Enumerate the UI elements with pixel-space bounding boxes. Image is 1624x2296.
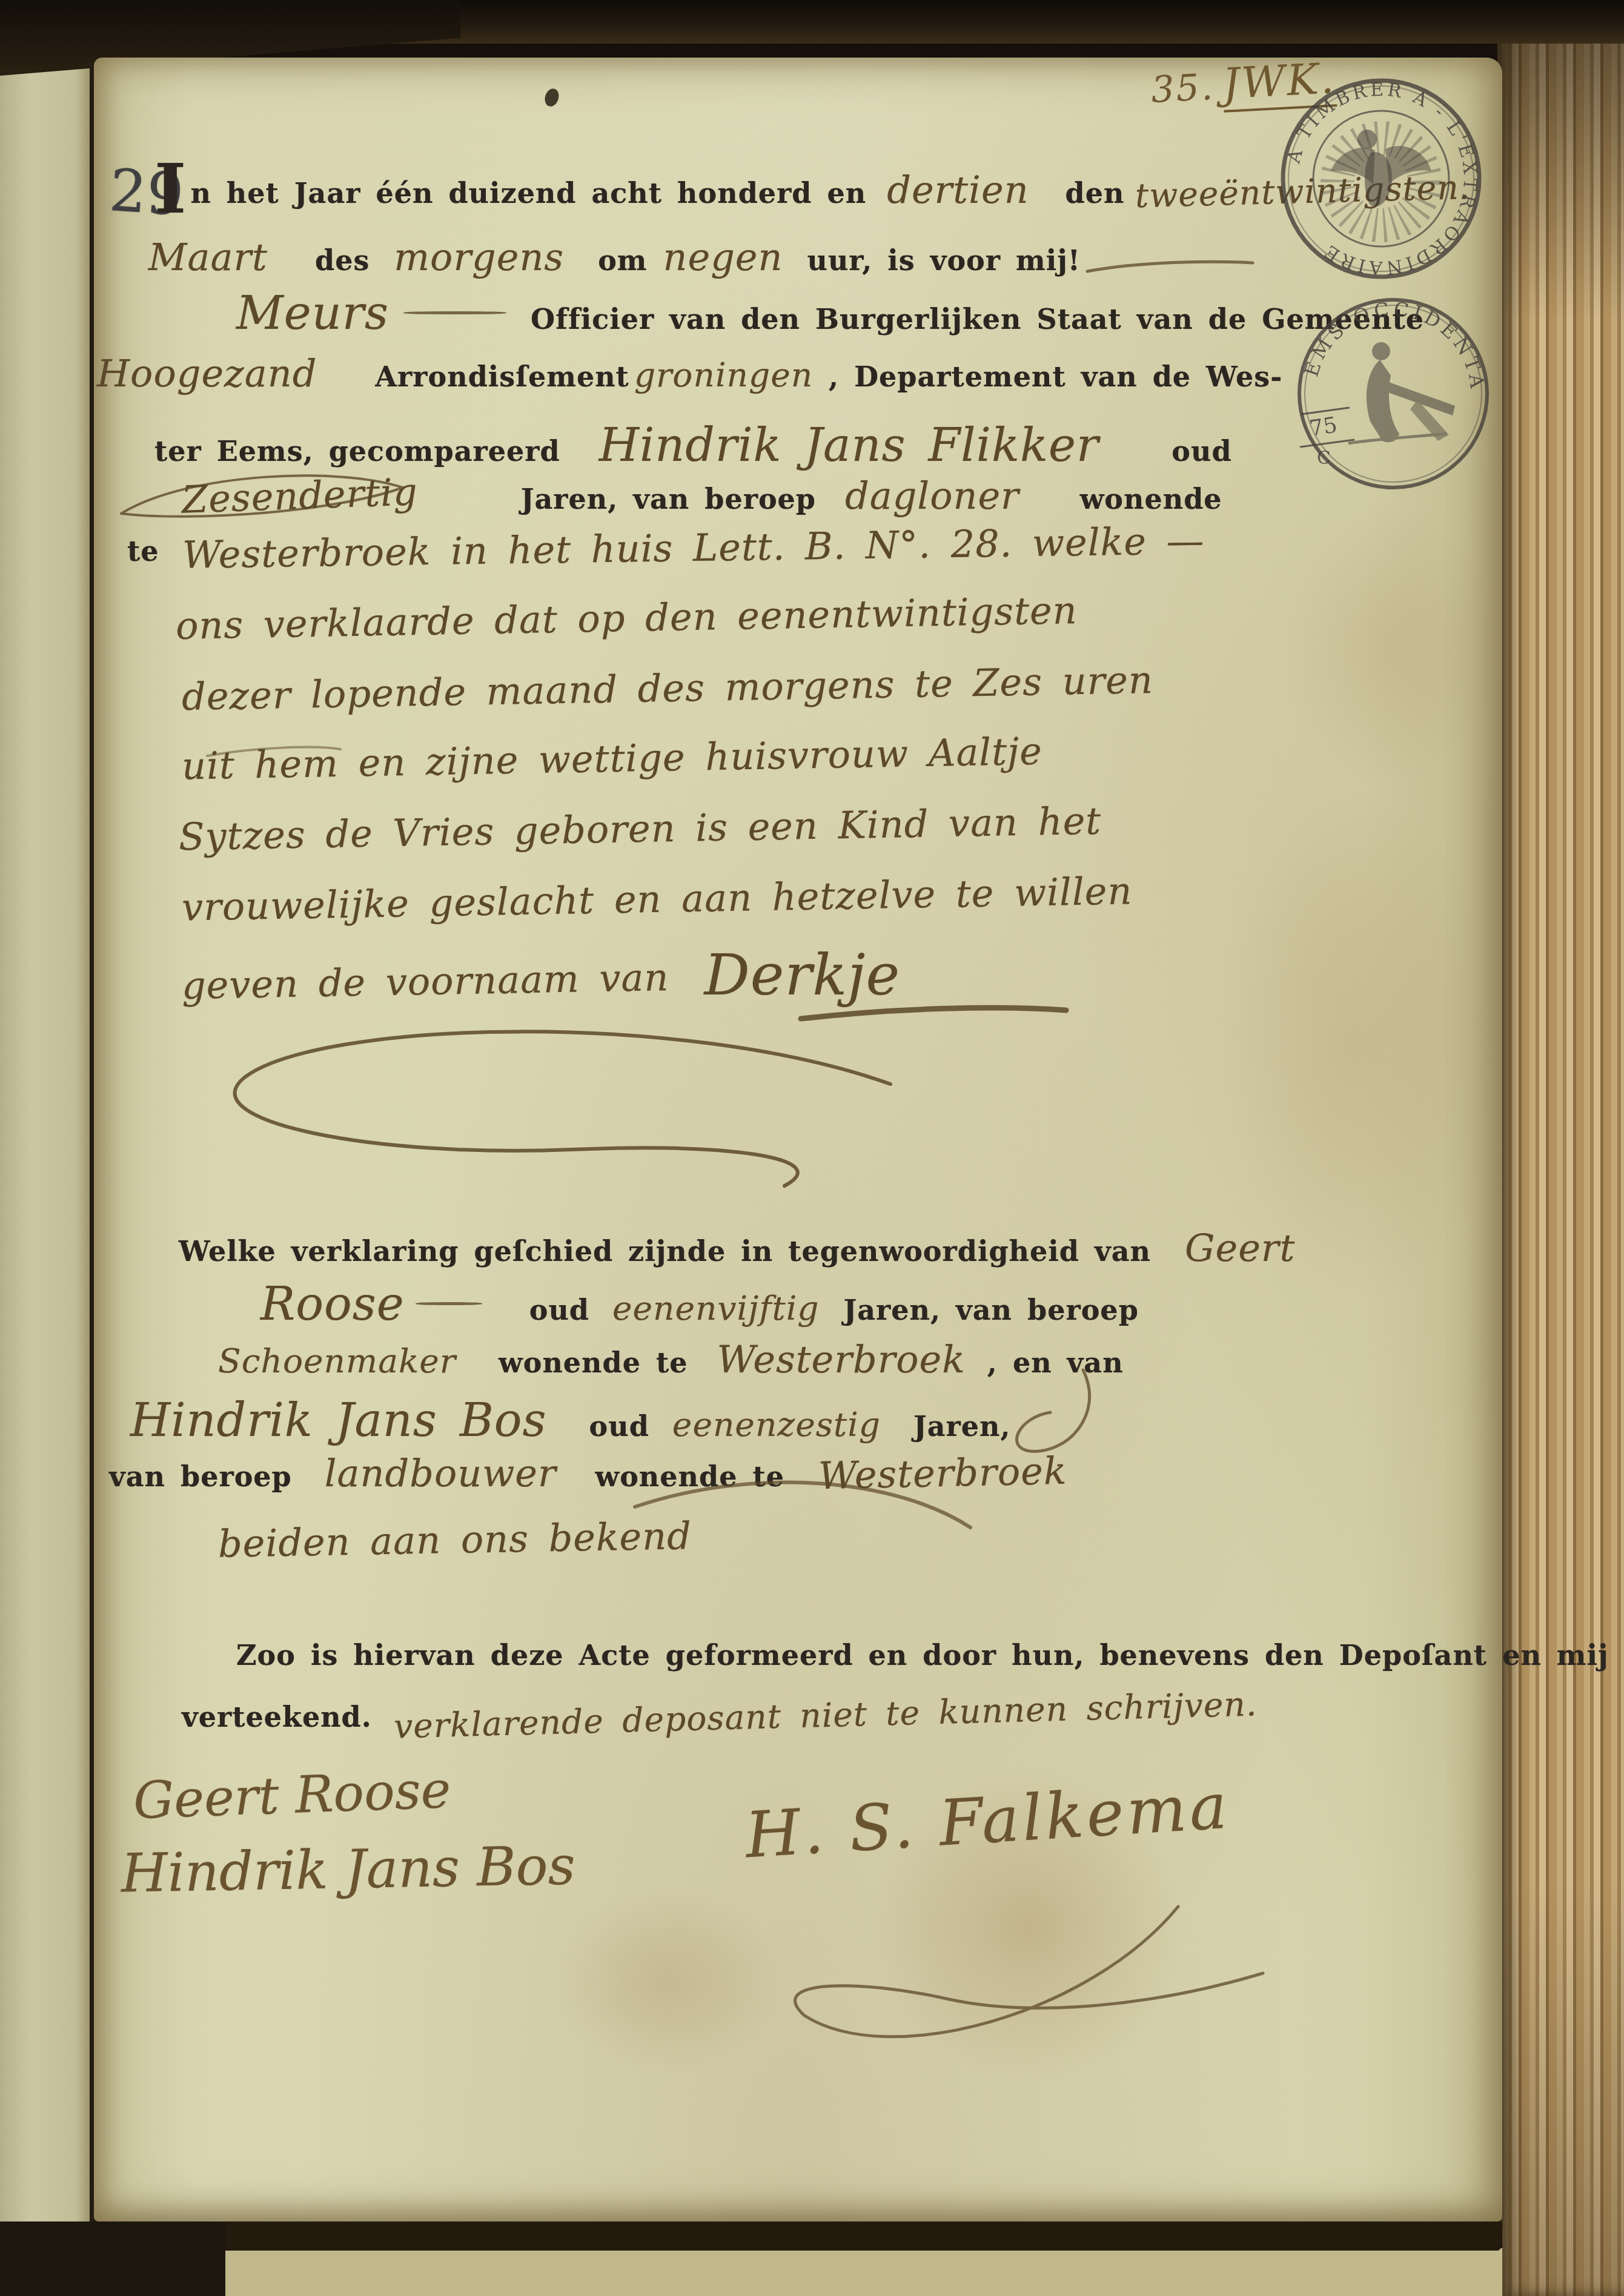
printed-text: , Departement van de Wes- [829, 360, 1282, 393]
underlying-page [0, 2248, 1502, 2296]
printed-text: Jaren, van beroep [521, 483, 816, 515]
act-line-known-note: beiden aan ons bekend [218, 1518, 692, 1562]
printed-text: Zoo is hiervan deze Acte geformeerd en d… [236, 1639, 1609, 1672]
printed-text: , en van [987, 1346, 1124, 1379]
act-line-declarant: ter Eems, gecompareerd Hindrik Jans Flik… [154, 418, 1232, 472]
handwritten-witness1-firstname: Geert [1185, 1226, 1295, 1270]
act-line-witness1-residence: Schoenmaker wonende te Westerbroek , en … [218, 1337, 1124, 1381]
folio-number: 35. [1150, 66, 1216, 111]
handwritten-known-note: beiden aan ons bekend [217, 1514, 692, 1566]
handwritten-witness2-residence: Westerbroek [818, 1449, 1067, 1498]
handwritten-year: dertien [887, 168, 1029, 212]
pen-dash [403, 311, 506, 314]
signature-witness2: Hindrik Jans Bos [121, 1834, 575, 1904]
act-line-witness2: Hindrik Jans Bos oud eenenzestig Jaren, [130, 1393, 1011, 1447]
handwritten-residence: Westerbroek in het huis Lett. B. N°. 28.… [182, 518, 1204, 577]
printed-text: den [1066, 177, 1125, 210]
handwritten-witness2-name: Hindrik Jans Bos [130, 1393, 547, 1447]
printed-text: Officier van den Burgerlijken Staat van … [531, 303, 1424, 336]
handwritten-declarant-name: Hindrik Jans Flikker [599, 418, 1099, 472]
act-line-child-name: geven de voornaam van Derkje [182, 942, 900, 1008]
signature-witness1: Geert Roose [132, 1760, 451, 1830]
act-line-municipality: Hoogezand Arrondisſement groningen , Dep… [97, 351, 1282, 395]
printed-text: oud [529, 1294, 589, 1326]
child-name: Derkje [704, 942, 900, 1008]
act-line-declaration-2: dezer lopende maand des morgens te Zes u… [182, 666, 1153, 710]
handwritten-witness2-age: eenenzestig [672, 1405, 881, 1444]
act-line-residence: te Westerbroek in het huis Lett. B. N°. … [127, 526, 1204, 570]
act-line-registrar: Meurs Officier van den Burgerlijken Staa… [236, 286, 1424, 340]
printed-text: oud [1172, 435, 1231, 468]
printed-text: oud [589, 1410, 649, 1443]
act-line-closing-1: Zoo is hiervan deze Acte geformeerd en d… [236, 1639, 1609, 1672]
printed-text: Welke verklaring geſchied zijnde in tege… [179, 1235, 1151, 1268]
handwritten-declaration: geven de voornaam van [181, 955, 669, 1008]
printed-text: te [127, 535, 159, 567]
drop-cap-initial: I [154, 162, 187, 217]
act-line-date-time: Maart des morgens om negen uur, is voor … [148, 235, 1081, 279]
handwritten-declaration: dezer lopende maand des morgens te Zes u… [181, 658, 1153, 719]
printed-text: Jaren, [913, 1410, 1011, 1443]
act-line-witness1: Roose oud eenenvijftig Jaren, van beroep [260, 1277, 1139, 1331]
printed-text: verteekend. [182, 1701, 372, 1733]
handwritten-declarant-occupation: dagloner [845, 474, 1019, 518]
facing-page-edge [0, 41, 96, 2222]
handwritten-mother-name: Sytzes de Vries geboren is een Kind van … [178, 799, 1101, 859]
printed-text: wonende te [499, 1346, 688, 1379]
act-line-age-occupation: Zesendertig Jaren, van beroep dagloner w… [182, 474, 1222, 518]
handwritten-declaration: vrouwelijke geslacht en aan hetzelve te … [181, 868, 1132, 929]
handwritten-municipality: Hoogezand [97, 351, 317, 395]
handwritten-witness2-occupation: landbouwer [325, 1451, 557, 1495]
handwritten-witness1-residence: Westerbroek [717, 1337, 966, 1381]
act-line-declaration-1: ons verklaarde dat op den eenentwintigst… [176, 596, 1078, 640]
printed-text: Arrondisſement [375, 360, 629, 393]
handwritten-registrar-name: Meurs [236, 286, 389, 340]
folio-annotation: 35.JWK. [1150, 53, 1337, 113]
handwritten-witness1-occupation: Schoenmaker [218, 1342, 456, 1380]
printed-text: om [598, 244, 647, 277]
handwritten-declarant-age: Zesendertig [181, 469, 419, 522]
printed-text: wonende [1080, 483, 1222, 515]
act-line-witness-intro: Welke verklaring geſchied zijnde in tege… [179, 1226, 1295, 1270]
handwritten-declaration: ons verklaarde dat op den eenentwintigst… [175, 588, 1078, 648]
handwritten-arrondissement: groningen [634, 356, 813, 394]
handwritten-witness1-age: eenenvijftig [612, 1289, 819, 1328]
printed-text: Jaren, van beroep [843, 1294, 1138, 1326]
handwritten-hour: negen [663, 235, 783, 279]
act-line-closing-2: verteekend. verklarende deposant niet te… [182, 1696, 1257, 1735]
act-line-declaration-3: uit hem en zijne wettige huisvrouw Aaltj… [182, 736, 1042, 781]
act-line-witness2-residence: van beroep landbouwer wonende te Westerb… [109, 1451, 1067, 1495]
act-line-opening: In het Jaar één duizend acht honderd en … [154, 153, 1471, 212]
handwritten-day: tweeëntwintigsten. [1135, 168, 1471, 215]
folio-initials: JWK. [1221, 53, 1337, 113]
act-line-declaration-5: vrouwelijke geslacht en aan hetzelve te … [182, 877, 1132, 921]
pen-dash [416, 1302, 482, 1305]
printed-text: ter Eems, gecompareerd [154, 435, 560, 468]
printed-text: uur, is voor mij! [807, 244, 1081, 277]
page-bottom-shadow [0, 2218, 1502, 2251]
printed-text: n het Jaar één duizend acht honderd en [190, 177, 866, 210]
printed-text: van beroep [109, 1460, 292, 1493]
page-stack-fore-edge [1502, 0, 1624, 2296]
printed-text: wonende te [595, 1460, 784, 1493]
printed-text: des [315, 244, 370, 277]
handwritten-witness1-surname: Roose [260, 1277, 405, 1331]
act-line-declaration-4: Sytzes de Vries geboren is een Kind van … [179, 807, 1101, 851]
handwritten-declaration: uit hem en zijne wettige huisvrouw Aaltj… [181, 729, 1042, 789]
handwritten-daypart: morgens [394, 235, 564, 279]
handwritten-month: Maart [148, 235, 268, 279]
